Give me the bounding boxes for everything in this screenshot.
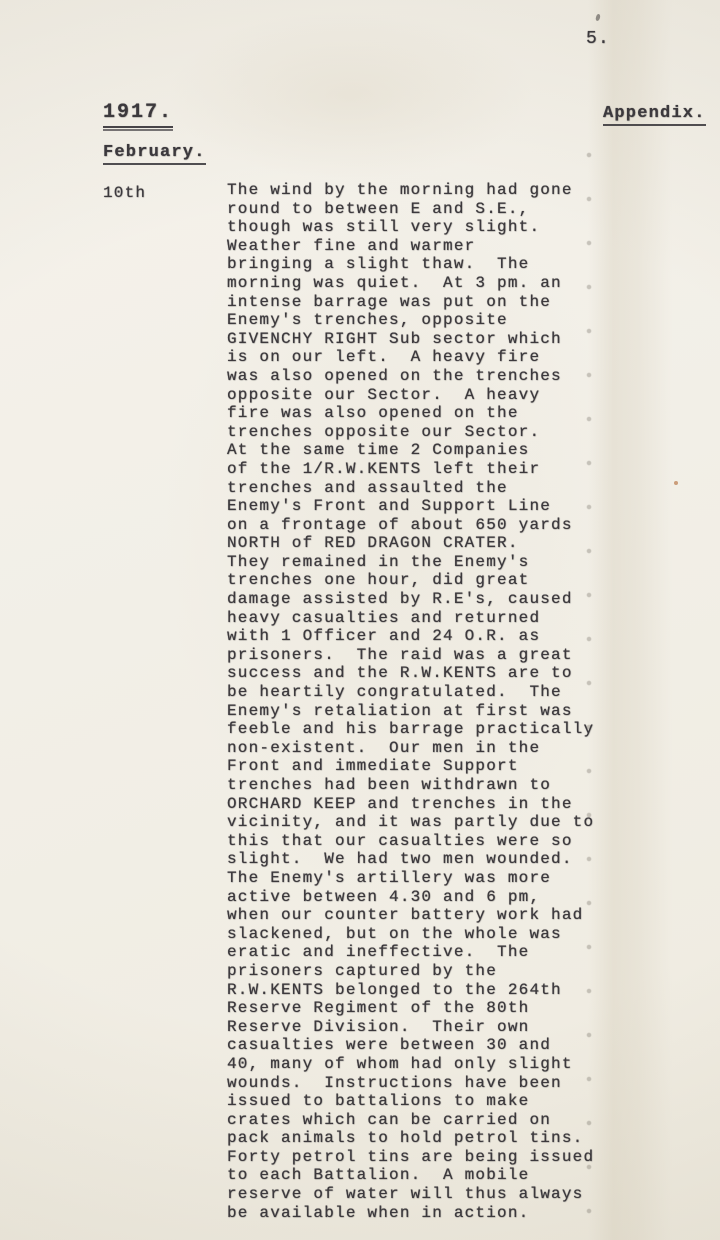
page-number: 5. <box>586 29 610 49</box>
appendix-heading: Appendix. <box>603 104 706 126</box>
appendix-heading-text: Appendix. <box>603 104 706 126</box>
year-heading-text: 1917. <box>103 101 173 128</box>
entry-date: 10th <box>103 184 146 202</box>
month-heading-text: February. <box>103 143 206 165</box>
ink-speck <box>595 14 601 22</box>
year-heading: 1917. <box>103 101 173 128</box>
entry-body-text: The wind by the morning had gone round t… <box>227 181 627 1222</box>
month-heading: February. <box>103 143 206 165</box>
rust-speck <box>674 481 678 485</box>
document-page: 5. 1917. Appendix. February. 10th The wi… <box>0 0 720 1240</box>
